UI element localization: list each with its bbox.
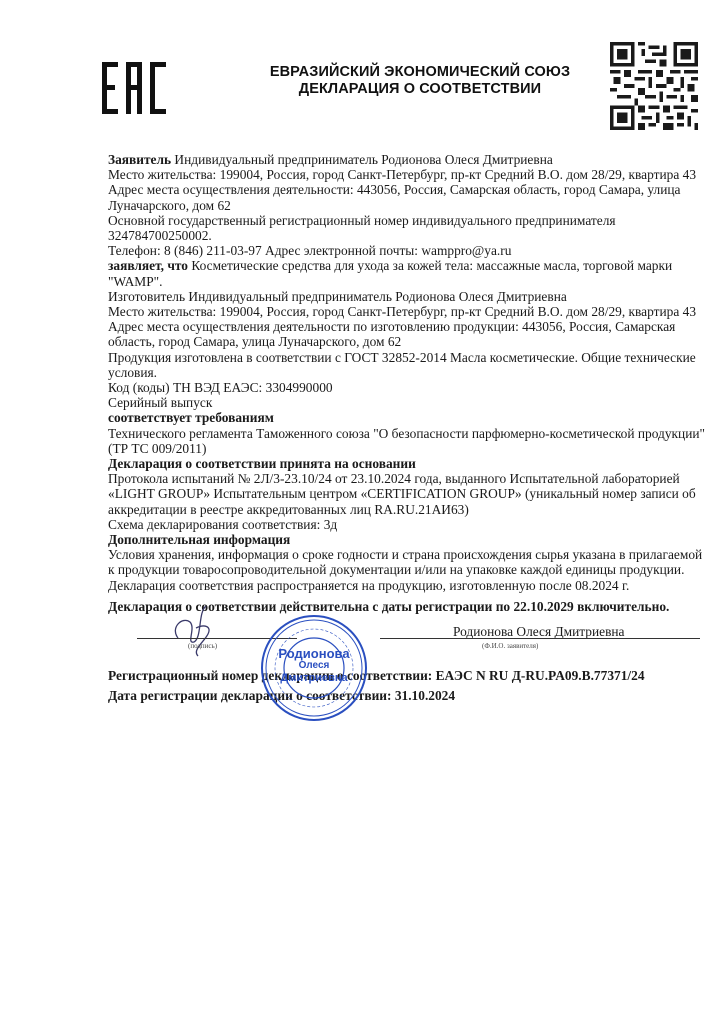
applicant-name: Индивидуальный предприниматель Родионова… — [171, 152, 553, 167]
applicant-residence: Место жительства: 199004, Россия, город … — [108, 167, 708, 182]
document-header: ЕВРАЗИЙСКИЙ ЭКОНОМИЧЕСКИЙ СОЮЗ ДЕКЛАРАЦИ… — [200, 64, 640, 98]
manufacturer-production-address: Адрес места осуществления деятельности п… — [108, 319, 708, 349]
requirements-label: соответствует требованиям — [108, 410, 708, 425]
signature-caption: (подпись) — [188, 642, 217, 650]
registration-date: Дата регистрации декларации о соответств… — [108, 686, 645, 706]
name-caption: (Ф.И.О. заявителя) — [482, 642, 538, 650]
manufacturer-release: Серийный выпуск — [108, 395, 708, 410]
eac-letter-c — [150, 62, 166, 114]
company-stamp: Родионова Олеся Дмитриевна — [260, 614, 368, 722]
stamp-center: Родионова Олеся Дмитриевна — [260, 648, 368, 684]
applicant-ogrnip-label: Основной государственный регистрационный… — [108, 213, 708, 228]
registration-block: Регистрационный номер декларации о соотв… — [108, 666, 645, 706]
basis-scheme: Схема декларирования соответствия: 3д — [108, 517, 708, 532]
additional-text: Условия хранения, информация о сроке год… — [108, 547, 708, 577]
stamp-first-name: Олеся — [260, 660, 368, 672]
eac-letter-e — [102, 62, 118, 114]
name-line — [380, 638, 700, 639]
eac-logo — [102, 62, 168, 114]
declares-line: заявляет, что Косметические средства для… — [108, 258, 708, 288]
applicant-line: Заявитель Индивидуальный предприниматель… — [108, 152, 708, 167]
requirements-text: Технического регламента Таможенного союз… — [108, 426, 708, 456]
stamp-surname: Родионова — [260, 648, 368, 660]
qr-code-icon — [610, 42, 698, 130]
applicant-activity-address: Адрес места осуществления деятельности: … — [108, 182, 708, 212]
eac-letter-a — [126, 62, 142, 114]
manufacturer-tn-ved: Код (коды) ТН ВЭД ЕАЭС: 3304990000 — [108, 380, 708, 395]
declaration-body: Заявитель Индивидуальный предприниматель… — [108, 152, 708, 614]
basis-text: Протокола испытаний № 2Л/3-23.10/24 от 2… — [108, 471, 708, 517]
applicant-ogrnip: 324784700250002. — [108, 228, 708, 243]
applicant-contacts: Телефон: 8 (846) 211-03-97 Адрес электро… — [108, 243, 708, 258]
header-union: ЕВРАЗИЙСКИЙ ЭКОНОМИЧЕСКИЙ СОЮЗ — [200, 64, 640, 81]
header-title: ДЕКЛАРАЦИЯ О СООТВЕТСТВИИ — [200, 81, 640, 98]
stamp-patronymic: Дмитриевна — [260, 672, 368, 684]
declares-label: заявляет, что — [108, 258, 188, 273]
manufacturer-residence: Место жительства: 199004, Россия, город … — [108, 304, 708, 319]
applicant-label: Заявитель — [108, 152, 171, 167]
basis-label: Декларация о соответствии принята на осн… — [108, 456, 708, 471]
declares-text: Косметические средства для ухода за коже… — [108, 258, 672, 288]
manufacturer-standard: Продукция изготовлена в соответствии с Г… — [108, 350, 708, 380]
additional-label: Дополнительная информация — [108, 532, 708, 547]
manufacturer-name: Изготовитель Индивидуальный предпринимат… — [108, 289, 708, 304]
additional-scope: Декларация соответствия распространяется… — [108, 578, 708, 593]
registration-number: Регистрационный номер декларации о соотв… — [108, 666, 645, 686]
